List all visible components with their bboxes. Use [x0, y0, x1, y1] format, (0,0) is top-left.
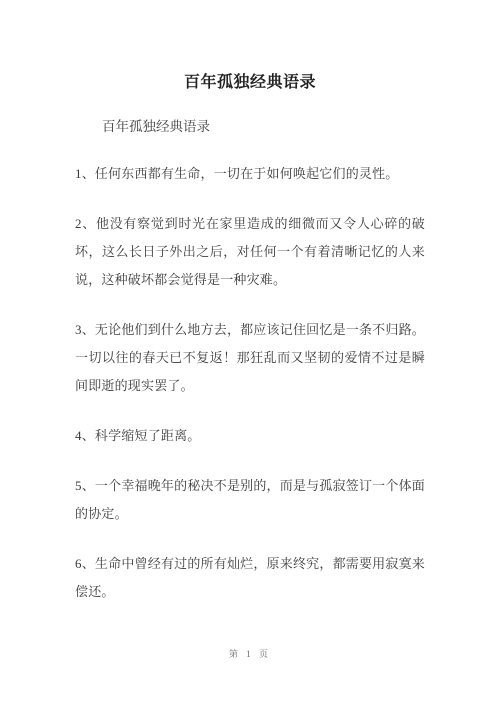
quote-paragraph-2: 2、他没有察觉到时光在家里造成的细微而又令人心碎的破坏，这么长日子外出之后，对任…	[75, 210, 425, 294]
page-number-label: 第 1 页	[229, 649, 271, 659]
document-title: 百年孤独经典语录	[75, 70, 425, 96]
quote-list: 1、任何东西都有生命，一切在于如何唤起它们的灵性。 2、他没有察觉到时光在家里造…	[75, 160, 425, 606]
document-page: 百年孤独经典语录 百年孤独经典语录 1、任何东西都有生命，一切在于如何唤起它们的…	[0, 0, 500, 708]
quote-paragraph-6: 6、生命中曾经有过的所有灿烂，原来终究，都需要用寂寞来偿还。	[75, 550, 425, 606]
document-subtitle: 百年孤独经典语录	[75, 116, 425, 138]
quote-paragraph-4: 4、科学缩短了距离。	[75, 422, 425, 450]
quote-paragraph-1: 1、任何东西都有生命，一切在于如何唤起它们的灵性。	[75, 160, 425, 188]
page-footer: 第 1 页	[0, 647, 500, 660]
quote-paragraph-3: 3、无论他们到什么地方去，都应该记住回忆是一条不归路。一切以往的春天已不复返！那…	[75, 316, 425, 400]
quote-paragraph-5: 5、一个幸福晚年的秘决不是别的，而是与孤寂签订一个体面的协定。	[75, 472, 425, 528]
